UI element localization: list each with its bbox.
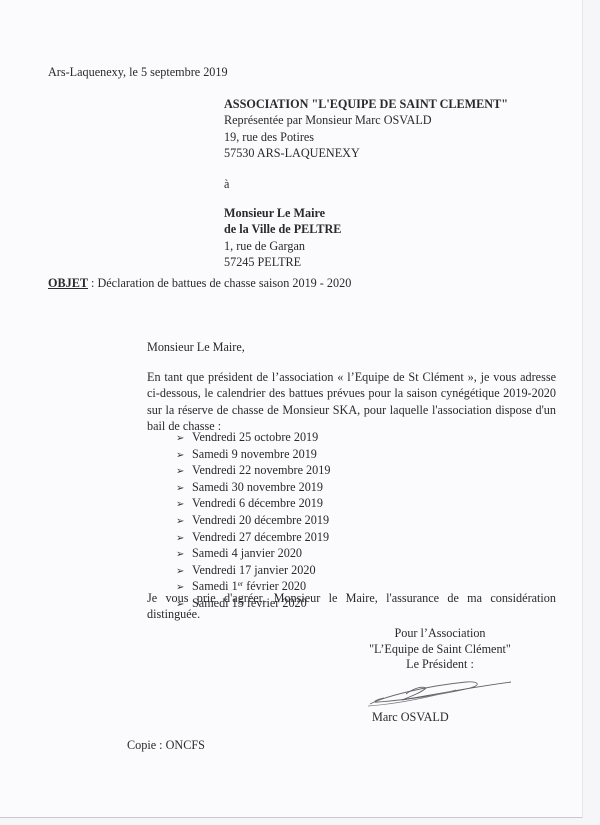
hunt-date-text: Samedi 4 janvier 2020 <box>192 546 302 560</box>
subject-label: OBJET <box>48 276 88 290</box>
salutation: Monsieur Le Maire, <box>147 339 245 355</box>
sender-representative: Représentée par Monsieur Marc OSVALD <box>224 112 508 128</box>
recipient-city: 57245 PELTRE <box>224 254 341 270</box>
place-date: Ars-Laquenexy, le 5 septembre 2019 <box>48 64 228 80</box>
hunt-date-text: Vendredi 25 octobre 2019 <box>192 430 318 444</box>
hunt-date-item: ➢Vendredi 27 décembre 2019 <box>176 529 330 546</box>
hunt-date-item: ➢Vendredi 20 décembre 2019 <box>176 512 330 529</box>
hunt-date-text: Vendredi 6 décembre 2019 <box>192 496 323 510</box>
hunt-date-item: ➢Vendredi 22 novembre 2019 <box>176 462 330 479</box>
hunt-date-item: ➢Samedi 9 novembre 2019 <box>176 446 330 463</box>
signer-name: Marc OSVALD <box>372 709 449 725</box>
hunt-date-item: ➢Samedi 4 janvier 2020 <box>176 545 330 562</box>
hunt-date-text: Samedi 9 novembre 2019 <box>192 447 317 461</box>
copy-recipients: Copie : ONCFS <box>127 737 205 753</box>
hunt-date-item: ➢Samedi 30 novembre 2019 <box>176 479 330 496</box>
closing-paragraph: Je vous prie d'agréer, Monsieur le Maire… <box>147 590 556 623</box>
sign-line-role: Le Président : <box>330 657 550 673</box>
hunt-date-text: Vendredi 22 novembre 2019 <box>192 463 330 477</box>
hunt-date-item: ➢Vendredi 17 janvier 2020 <box>176 562 330 579</box>
to-word: à <box>224 176 229 192</box>
hunt-date-text: Vendredi 20 décembre 2019 <box>192 513 329 527</box>
recipient-town: de la Ville de PELTRE <box>224 221 341 237</box>
letter-page: Ars-Laquenexy, le 5 septembre 2019 ASSOC… <box>0 0 583 818</box>
hunt-dates-list: ➢Vendredi 25 octobre 2019➢Samedi 9 novem… <box>176 429 330 612</box>
hunt-date-text: Samedi 30 novembre 2019 <box>192 480 323 494</box>
hunt-date-text: Vendredi 17 janvier 2020 <box>192 563 316 577</box>
handwritten-signature-icon <box>366 676 516 712</box>
sign-line-name: "L’Equipe de Saint Clément" <box>330 642 550 658</box>
sign-line-association: Pour l’Association <box>330 626 550 642</box>
recipient-address-block: Monsieur Le Maire de la Ville de PELTRE … <box>224 205 341 270</box>
hunt-date-item: ➢Vendredi 25 octobre 2019 <box>176 429 330 446</box>
subject-line: OBJET : Déclaration de battues de chasse… <box>48 275 351 291</box>
hunt-date-item: ➢Vendredi 6 décembre 2019 <box>176 495 330 512</box>
recipient-street: 1, rue de Gargan <box>224 238 341 254</box>
sender-city: 57530 ARS-LAQUENEXY <box>224 145 508 161</box>
sender-name: ASSOCIATION "L'EQUIPE DE SAINT CLEMENT" <box>224 96 508 112</box>
sender-street: 19, rue des Potires <box>224 129 508 145</box>
signature-block: Pour l’Association "L’Equipe de Saint Cl… <box>330 626 550 673</box>
body-paragraph: En tant que président de l’association «… <box>147 369 556 434</box>
subject-text: Déclaration de battues de chasse saison … <box>97 276 351 290</box>
recipient-title: Monsieur Le Maire <box>224 205 341 221</box>
sender-address-block: ASSOCIATION "L'EQUIPE DE SAINT CLEMENT" … <box>224 96 508 161</box>
hunt-date-text: Vendredi 27 décembre 2019 <box>192 530 329 544</box>
